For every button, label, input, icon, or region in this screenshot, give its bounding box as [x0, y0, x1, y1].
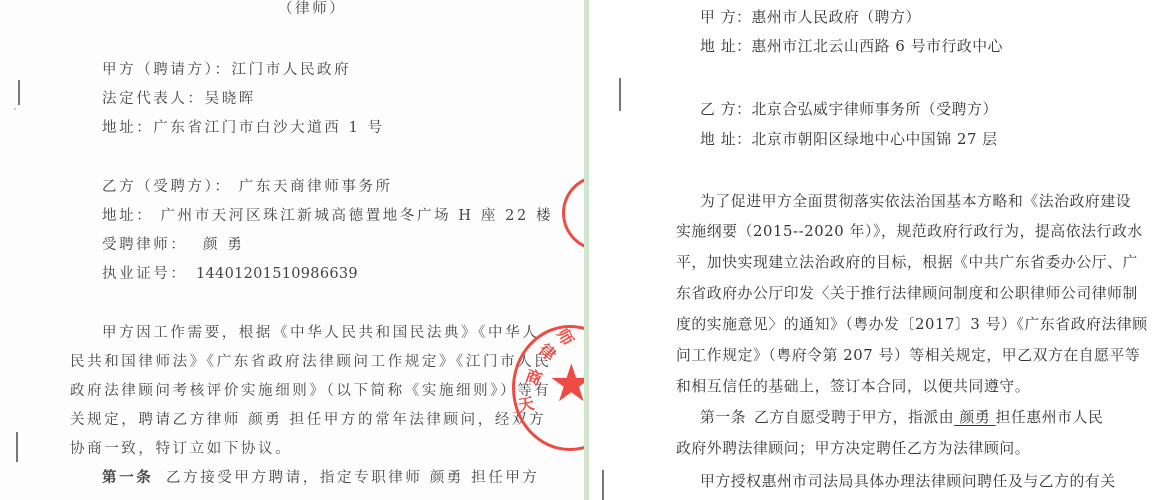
- party-b-address: 地 址：北京市朝阳区绿地中心中国锦 27 层: [700, 131, 998, 149]
- paragraph-line: 甲方因工作需要，根据《中华人民共和国民法典》《中华人: [102, 324, 539, 342]
- legal-representative: 法定代表人：吴晓晖: [102, 90, 256, 108]
- paragraph-line: 平，加快实现建立法治政府的目标，根据《中共广东省委办公厅、广: [676, 254, 1138, 272]
- paragraph-line: 和相互信任的基础上，签订本合同，以便共同遵守。: [676, 378, 1030, 396]
- right-document-page: 甲 方：惠州市人民政府（聘方） 地 址：惠州市江北云山西路 6 号市行政中心 乙…: [589, 0, 1170, 500]
- party-b: 乙方（受聘方）： 广东天商律师事务所: [102, 178, 393, 196]
- margin-mark: [619, 78, 621, 111]
- party-a: 甲方（聘请方）：江门市人民政府: [102, 61, 351, 79]
- article-1-text: 乙方自愿受聘于甲方，指派由 颜勇 担任惠州市人民: [754, 409, 1103, 427]
- paragraph-line: 问工作规定》（粤府令第 207 号）等相关规定，甲乙双方在自愿平等: [676, 347, 1140, 365]
- license-number: 14401201510986639: [196, 265, 358, 283]
- article-1-line2: 政府外聘法律顾问；甲方决定聘任乙方为法律顾问。: [676, 440, 1030, 458]
- paragraph-line: 政府法律顾问考核评价实施细则》（以下简称《实施细则》）等有: [70, 382, 551, 400]
- margin-mark: [18, 80, 20, 105]
- article-1-post: 担任惠州市人民: [996, 409, 1104, 426]
- paragraph-line: 协商一致，特订立如下协议。: [70, 440, 292, 458]
- assigned-lawyer-name: 颜勇: [954, 409, 995, 426]
- margin-mark: [16, 432, 18, 462]
- license-label: 执业证号：: [102, 265, 188, 283]
- official-seal-partial: [562, 175, 584, 251]
- article-1-text: 乙方接受甲方聘请，指定专职律师 颜勇 担任甲方: [166, 469, 540, 487]
- party-a-address: 地 址：惠州市江北云山西路 6 号市行政中心: [700, 38, 1003, 56]
- paragraph-line: 为了促进甲方全面贯彻落实依法治国基本方略和《法治政府建设: [700, 193, 1131, 211]
- party-a: 甲 方：惠州市人民政府（聘方）: [700, 9, 921, 27]
- party-b: 乙 方：北京合弘威宇律师事务所（受聘方）: [700, 101, 998, 119]
- scan-speck: [14, 108, 16, 110]
- left-document-page: （律师） 甲方（聘请方）：江门市人民政府 法定代表人：吴晓晖 地址：广东省江门市…: [0, 0, 584, 500]
- paragraph-line: 实施纲要（2015--2020 年）》，规范政府行政行为，提高依法行政水: [676, 223, 1143, 241]
- party-a-address: 地址：广东省江门市白沙大道西 1 号: [102, 119, 385, 137]
- article-1-pre: 乙方自愿受聘于甲方，指派由: [754, 409, 954, 426]
- party-b-address: 地址： 广州市天河区珠江新城高德置地冬广场 H 座 22 楼: [102, 207, 553, 225]
- assigned-lawyer-name-text: 颜勇: [959, 409, 990, 426]
- margin-mark: [602, 470, 604, 500]
- lawyer-label: 受聘律师：: [102, 236, 188, 254]
- document-heading: （律师）: [278, 0, 346, 18]
- lawyer-name: 颜 勇: [203, 236, 244, 254]
- paragraph-line: 民共和国律师法》《广东省政府法律顾问工作规定》《江门市人民: [70, 353, 551, 371]
- article-1-title: 第一条: [102, 469, 153, 487]
- paragraph-line: 东省政府办公厅印发〈关于推行法律顾问制度和公职律师公司律师制: [676, 285, 1138, 303]
- paragraph-line: 关规定，聘请乙方律师 颜勇 担任甲方的常年法律顾问，经双方: [70, 411, 546, 429]
- paragraph-line: 度的实施意见〉的通知》（粤办发〔2017〕3 号）《广东省政府法律顾: [676, 316, 1148, 334]
- seal-star-icon: ★: [548, 358, 584, 410]
- article-1-title: 第一条: [700, 409, 746, 427]
- paragraph-last: 甲方授权惠州市司法局具体办理法律顾问聘任及与乙方的有关: [700, 473, 1116, 491]
